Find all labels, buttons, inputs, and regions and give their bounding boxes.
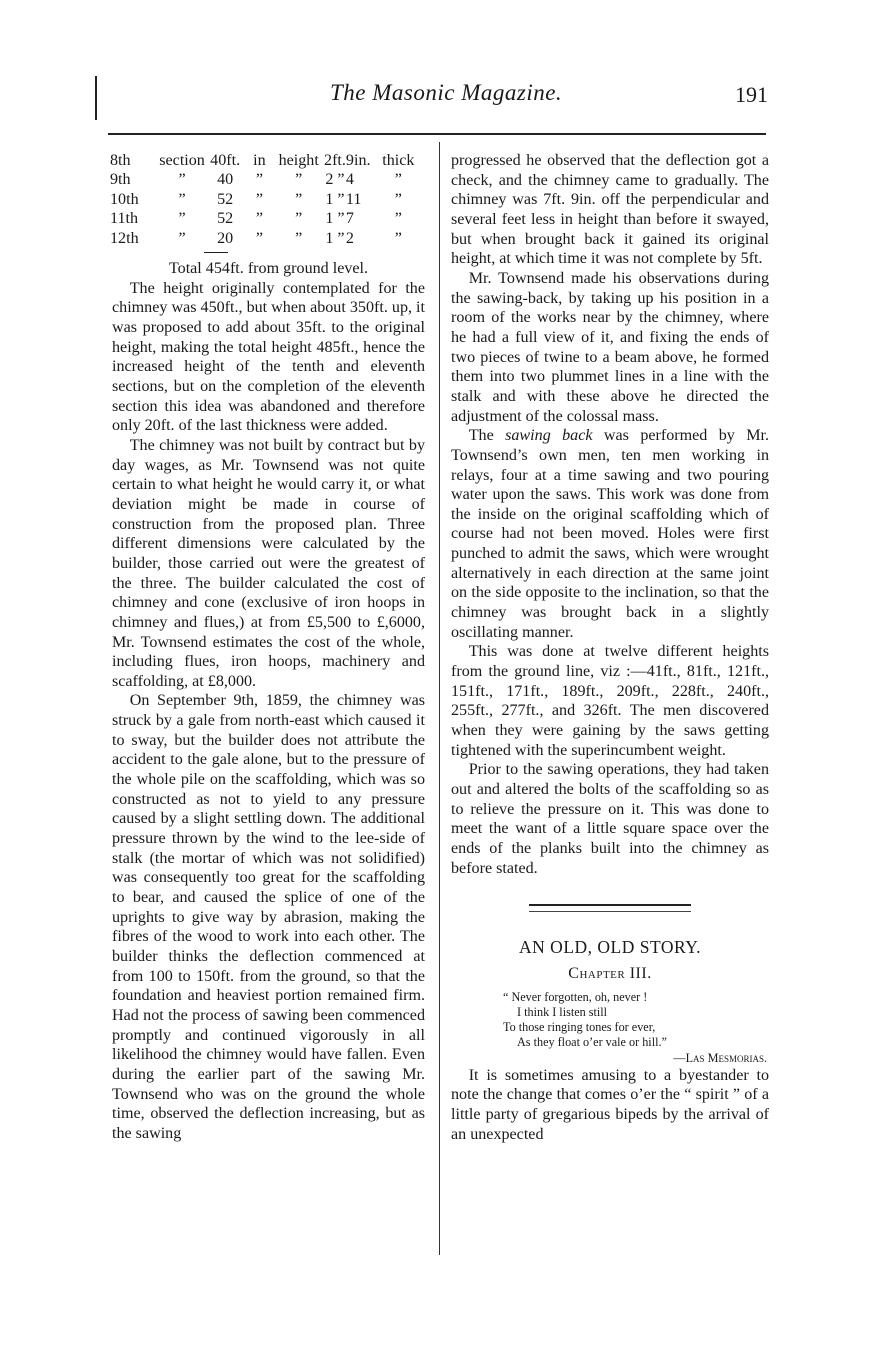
page-number: 191 [735, 82, 768, 108]
text-run: The [469, 427, 505, 444]
thickness-feet: 1 ” [324, 229, 346, 248]
height-word: ” [273, 190, 324, 209]
thickness-word: ” [372, 229, 425, 248]
section-separator [529, 904, 691, 912]
epigraph-attribution: —Las Mesmorias. [451, 1050, 767, 1066]
column-divider [439, 142, 440, 1255]
section-height: 20 [205, 229, 246, 248]
thickness-word: thick [372, 151, 425, 170]
height-unit: in [245, 151, 273, 170]
paragraph: progressed he observed that the deflecti… [451, 151, 769, 269]
section-label: section [159, 151, 205, 170]
section-number: 10th [110, 190, 159, 209]
italic-phrase: sawing back [505, 427, 592, 444]
height-word: height [273, 151, 324, 170]
thickness-feet: 1 ” [324, 190, 346, 209]
table-row: 10th ” 52 ” ” 1 ” 11 ” [110, 190, 425, 209]
paragraph: On September 9th, 1859, the chimney was … [112, 691, 425, 1143]
paragraph: Prior to the sawing operations, they had… [451, 760, 769, 878]
section-height: 52 [205, 209, 246, 228]
thickness-feet: 2 ” [324, 170, 346, 189]
running-title: The Masonic Magazine. [330, 80, 562, 106]
thickness-inches: 4 [346, 170, 372, 189]
separator-rule-thick [529, 904, 691, 906]
thickness-inches: 9in. [346, 151, 372, 170]
height-word: ” [273, 229, 324, 248]
epigraph-line: To those ringing tones for ever, [503, 1020, 769, 1035]
epigraph-line: I think I listen still [503, 1005, 769, 1020]
section-label: ” [159, 170, 205, 189]
paragraph: This was done at twelve different height… [451, 642, 769, 760]
separator-rule-thin [529, 911, 691, 912]
thickness-word: ” [372, 170, 425, 189]
section-number: 8th [110, 151, 159, 170]
thickness-feet: 1 ” [324, 209, 346, 228]
epigraph: “ Never forgotten, oh, never ! I think I… [503, 990, 769, 1050]
height-unit: ” [245, 190, 273, 209]
right-column: progressed he observed that the deflecti… [451, 151, 769, 1144]
epigraph-line: As they float o’er vale or hill.” [503, 1035, 769, 1050]
table-row: 8th section 40ft. in height 2ft. 9in. th… [110, 151, 425, 170]
margin-rule [95, 76, 97, 120]
thickness-feet: 2ft. [324, 151, 346, 170]
thickness-inches: 11 [346, 190, 372, 209]
section-number: 11th [110, 209, 159, 228]
table-row: 11th ” 52 ” ” 1 ” 7 ” [110, 209, 425, 228]
thickness-word: ” [372, 209, 425, 228]
section-label: ” [159, 229, 205, 248]
sum-rule [204, 252, 228, 253]
total-height: Total 454ft. from ground level. [112, 259, 425, 279]
thickness-word: ” [372, 190, 425, 209]
section-number: 12th [110, 229, 159, 248]
paragraph: Mr. Townsend made his observations durin… [451, 269, 769, 426]
section-label: ” [159, 190, 205, 209]
height-unit: ” [245, 209, 273, 228]
table-row: 9th ” 40 ” ” 2 ” 4 ” [110, 170, 425, 189]
height-word: ” [273, 209, 324, 228]
chimney-sections-table: 8th section 40ft. in height 2ft. 9in. th… [110, 151, 425, 248]
epigraph-line: “ Never forgotten, oh, never ! [503, 990, 769, 1005]
chapter-heading: Chapter III. [451, 964, 769, 984]
sawing-paragraph: The sawing back was performed by Mr. Tow… [451, 426, 769, 642]
paragraph: The chimney was not built by contract bu… [112, 436, 425, 692]
thickness-inches: 2 [346, 229, 372, 248]
story-title: AN OLD, OLD STORY. [451, 938, 769, 958]
table-row: 12th ” 20 ” ” 1 ” 2 ” [110, 229, 425, 248]
height-unit: ” [245, 170, 273, 189]
section-height: 40 [205, 170, 246, 189]
section-number: 9th [110, 170, 159, 189]
section-label: ” [159, 209, 205, 228]
header-rule [108, 133, 766, 135]
left-column: 8th section 40ft. in height 2ft. 9in. th… [112, 151, 425, 1144]
height-word: ” [273, 170, 324, 189]
height-unit: ” [245, 229, 273, 248]
text-run: was performed by Mr. Townsend’s own men,… [451, 427, 769, 641]
section-height: 52 [205, 190, 246, 209]
story-opening-paragraph: It is sometimes amusing to a bye­stander… [451, 1066, 769, 1145]
section-height: 40ft. [205, 151, 246, 170]
thickness-inches: 7 [346, 209, 372, 228]
paragraph: The height originally contemplated for t… [112, 279, 425, 436]
